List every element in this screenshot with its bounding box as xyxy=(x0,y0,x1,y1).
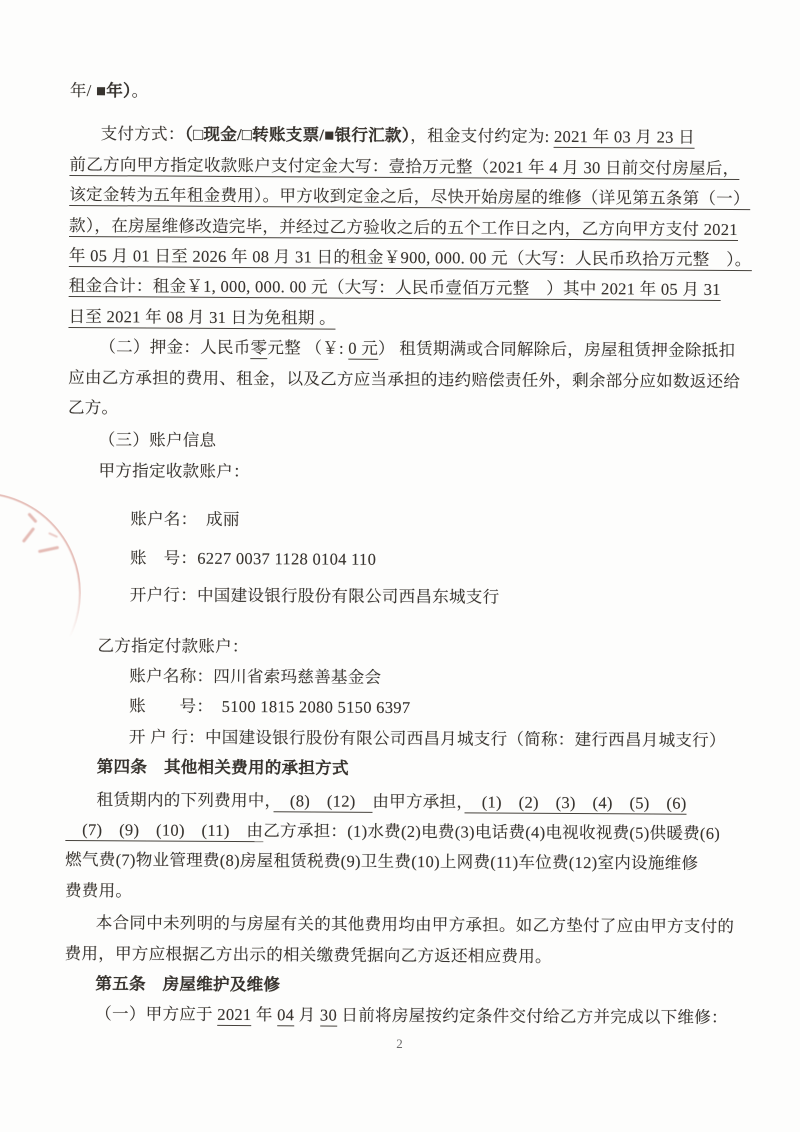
filled-blank: 2021 xyxy=(217,1005,251,1026)
seal-mark xyxy=(38,546,59,553)
party-b-account-heading: 乙方指定付款账户： xyxy=(66,630,734,664)
text-segment: 费费用。 xyxy=(65,881,132,900)
fees-list-line: 燃气费(7)物业管理费(8)房屋租赁税费(9)卫生费(10)上网费(11)车位费… xyxy=(65,845,733,879)
party-b-bank: 开 户 行：中国建设银行股份有限公司西昌月城支行（简称：建行西昌月城支行） xyxy=(66,722,734,756)
filled-blank: 04 xyxy=(277,1006,294,1027)
deposit-continuation-line: 乙方。 xyxy=(68,393,736,427)
fees-allocation-line: 租赁期内的下列费用中， (8) (12) 由甲方承担， (1) (2) (3) … xyxy=(65,784,733,818)
party-a-account-number: 账 号：6227 0037 1128 0104 110 xyxy=(67,543,735,577)
text-segment: 年 xyxy=(251,1005,277,1024)
filled-blank: 该定金转为五年租金费用）。甲方收到定金之后，尽快开始房屋的维修（详见第五条第（一… xyxy=(69,185,750,210)
text-segment: 甲方指定收款账户： xyxy=(99,461,250,481)
text-segment: 账户名： 成丽 xyxy=(130,510,239,530)
filled-blank: 30 xyxy=(320,1006,337,1027)
other-fees-line: 费用，甲方应根据乙方出示的相关缴费凭据向乙方返还相应费用。 xyxy=(65,939,733,973)
party-a-bank: 开户行：中国建设银行股份有限公司西昌东城支行 xyxy=(67,580,735,614)
account-info-heading: （三）账户信息 xyxy=(68,425,736,459)
text-segment: 月 xyxy=(294,1006,320,1025)
rent-total-line: 租金合计：租金￥1, 000, 000. 00 元（大写：人民币壹佰万元整 ）其… xyxy=(69,271,737,305)
filled-blank: 款），在房屋维修改造完毕，并经过乙方验收之后的五个工作日之内，乙方向甲方支付 2… xyxy=(69,216,738,241)
text-segment: （二）押金：人民币 xyxy=(99,337,250,357)
filled-blank: 0 元 xyxy=(348,339,378,360)
filled-blank: 前乙方向甲方指定收款账户支付定金大写：壹拾万元整（2021 年 4 月 30 日… xyxy=(69,155,739,180)
text-segment: 本合同中未列明的与房屋有关的其他费用均由甲方承担。如乙方垫付了应由甲方支付的 xyxy=(96,913,735,936)
text-segment: ，租金支付约定为: xyxy=(410,126,554,146)
text-segment: 账户名称：四川省索玛慈善基金会 xyxy=(129,666,381,687)
rent-free-period-line: 日至 2021 年 08 月 31 日为免租期 。 xyxy=(68,302,736,336)
filled-blank: (1) (2) (3) (4) (5) (6) xyxy=(465,792,687,814)
text-segment: 应由乙方承担的费用、租金，以及乙方应当承担的违约赔偿责任外，剩余部分应如数返还给 xyxy=(68,368,740,391)
text-segment: 。 xyxy=(132,81,149,100)
payment-terms-line: 年 05 月 01 日至 2026 年 08 月 31 日的租金￥900, 00… xyxy=(69,241,737,275)
party-a-account-heading: 甲方指定收款账户： xyxy=(67,456,735,490)
article-5-heading: 第五条 房屋维护及维修 xyxy=(64,969,732,1003)
text-segment: 第五条 房屋维护及维修 xyxy=(95,974,280,994)
other-fees-line: 本合同中未列明的与房屋有关的其他费用均由甲方承担。如乙方垫付了应由甲方支付的 xyxy=(65,908,733,942)
payment-method-line: 支付方式：（□现金/□转账支票/■银行汇款），租金支付约定为: 2021 年 0… xyxy=(70,119,738,153)
page-number: 2 xyxy=(396,1036,404,1051)
seal-mark xyxy=(22,527,35,543)
text-segment: 支付方式： xyxy=(101,125,185,145)
payment-terms-line: 款），在房屋维修改造完毕，并经过乙方验收之后的五个工作日之内，乙方向甲方支付 2… xyxy=(69,211,737,245)
seal-mark xyxy=(48,532,58,538)
text-segment: 账 号：6227 0037 1128 0104 110 xyxy=(130,548,376,569)
party-b-account-number: 账 号： 5100 1815 2080 5150 6397 xyxy=(66,691,734,725)
text-segment: 日前将房屋按约定条件交付给乙方并完成以下维修： xyxy=(337,1006,728,1027)
text-segment: 第四条 其他相关费用的承担方式 xyxy=(97,757,349,778)
filled-blank: (8) (12) xyxy=(273,791,372,813)
text-segment: 乙方承担：(1)水费(2)电费(3)电话费(4)电视收视费(5)供暖费(6) xyxy=(263,821,720,843)
filled-blank: 年 05 月 01 日至 2026 年 08 月 31 日的租金￥900, 00… xyxy=(69,246,752,271)
deposit-continuation-line: 应由乙方承担的费用、租金，以及乙方应当承担的违约赔偿责任外，剩余部分应如数返还给 xyxy=(68,363,736,397)
filled-blank: 2021 年 03 月 23 日 xyxy=(554,127,695,149)
text-segment: 年/ xyxy=(70,81,96,100)
text-segment: 费用，甲方应根据乙方出示的相关缴费凭据向乙方返还相应费用。 xyxy=(65,944,552,966)
filled-blank: 租金合计：租金￥1, 000, 000. 00 元（大写：人民币壹佰万元整 ）其… xyxy=(69,276,721,301)
text-segment: 乙方指定付款账户： xyxy=(97,636,248,656)
text-segment: 燃气费(7)物业管理费(8)房屋租赁税费(9)卫生费(10)上网费(11)车位费… xyxy=(65,850,698,873)
text-segment: （三）账户信息 xyxy=(99,431,217,451)
fees-allocation-line: (7) (9) (10) (11) 由乙方承担：(1)水费(2)电费(3)电话费… xyxy=(65,815,733,849)
delivery-date-line: （一）甲方应于 2021 年 04 月 30 日前将房屋按约定条件交付给乙方并完… xyxy=(64,999,732,1033)
text-segment: ■年） xyxy=(96,81,132,100)
party-b-account-name: 账户名称：四川省索玛慈善基金会 xyxy=(66,661,734,695)
text-segment: 元整 （￥: xyxy=(267,338,348,357)
text-segment: ） 租赁期满或合同解除后，房屋租赁押金除抵扣 xyxy=(378,339,735,360)
seal-mark xyxy=(27,513,37,524)
text-segment: 由甲方承担， xyxy=(372,791,465,811)
page-footer: 2 xyxy=(0,1036,800,1052)
text-segment: （□现金/□转账支票/■银行汇款） xyxy=(185,125,411,145)
payment-terms-line: 该定金转为五年租金费用）。甲方收到定金之后，尽快开始房屋的维修（详见第五条第（一… xyxy=(69,180,737,214)
deposit-line: （二）押金：人民币零元整 （￥: 0 元） 租赁期满或合同解除后，房屋租赁押金除… xyxy=(68,332,736,366)
text-segment: （一）甲方应于 xyxy=(95,1005,217,1025)
article-4-heading: 第四条 其他相关费用的承担方式 xyxy=(66,752,734,786)
contract-body: 年/ ■年）。支付方式：（□现金/□转账支票/■银行汇款），租金支付约定为: 2… xyxy=(64,76,738,1034)
document-page: 年/ ■年）。支付方式：（□现金/□转账支票/■银行汇款），租金支付约定为: 2… xyxy=(0,0,800,1132)
text-segment: 账 号： 5100 1815 2080 5150 6397 xyxy=(129,697,410,718)
text-segment: 乙方。 xyxy=(68,398,119,417)
payment-terms-line: 前乙方向甲方指定收款账户支付定金大写：壹拾万元整（2021 年 4 月 30 日… xyxy=(69,150,737,184)
text-segment: 开 户 行：中国建设银行股份有限公司西昌月城支行（简称：建行西昌月城支行） xyxy=(129,727,726,750)
year-continuation-line: 年/ ■年）。 xyxy=(70,76,738,110)
filled-blank: (7) (9) (10) (11) 由 xyxy=(65,820,263,842)
party-a-account-name: 账户名： 成丽 xyxy=(67,504,735,538)
fees-list-line: 费费用。 xyxy=(65,876,733,910)
filled-blank: 零 xyxy=(250,338,267,359)
text-segment: 租赁期内的下列费用中， xyxy=(97,790,274,810)
text-segment: 开户行：中国建设银行股份有限公司西昌东城支行 xyxy=(130,585,500,606)
filled-blank: 日至 2021 年 08 月 31 日为免租期 。 xyxy=(68,307,335,330)
